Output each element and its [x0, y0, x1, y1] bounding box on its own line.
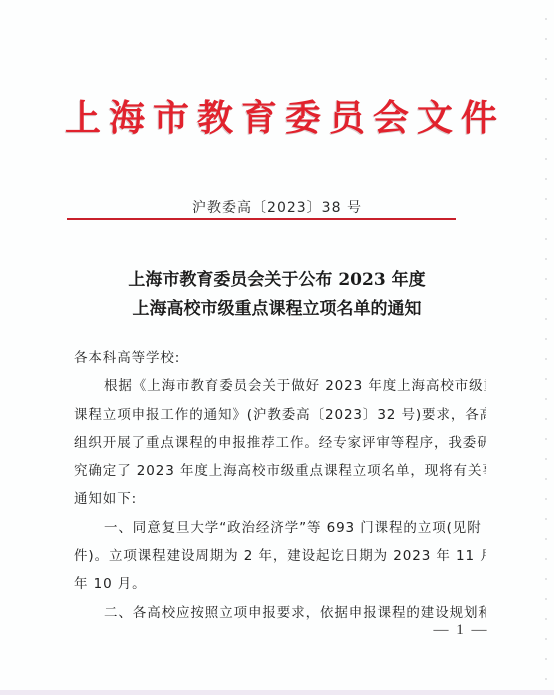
notice-title-line-1: 上海市教育委员会关于公布 2023 年度: [0, 266, 554, 295]
red-divider-rule: [67, 218, 456, 220]
notice-title-line-2: 上海高校市级重点课程立项名单的通知: [0, 295, 554, 324]
notice-body: 各本科高等学校: 根据《上海市教育委员会关于做好 2023 年度上海高校市级重点…: [74, 344, 486, 627]
body-line: 通知如下:: [74, 485, 486, 513]
notice-title: 上海市教育委员会关于公布 2023 年度 上海高校市级重点课程立项名单的通知: [0, 266, 554, 324]
body-line-item-2: 二、各高校应按照立项申报要求，依据申报课程的建设规划和: [74, 599, 486, 627]
body-line-item-1: 一、同意复旦大学“政治经济学”等 693 门课程的立项(见附: [74, 514, 486, 542]
document-number: 沪教委高〔2023〕38 号: [0, 199, 554, 217]
scan-edge-marks: [545, 0, 547, 695]
body-line: 件)。立项课程建设周期为 2 年，建设起讫日期为 2023 年 11 月到 20…: [74, 542, 486, 570]
page-bottom-edge: [0, 690, 554, 695]
masthead-title: 上海市教育委员会文件: [0, 98, 554, 138]
salutation: 各本科高等学校:: [74, 344, 486, 372]
page-number: — 1 —: [426, 622, 496, 639]
body-line: 根据《上海市教育委员会关于做好 2023 年度上海高校市级重点: [74, 372, 486, 400]
body-line: 组织开展了重点课程的申报推荐工作。经专家评审等程序，我委研: [74, 429, 486, 457]
body-line: 年 10 月。: [74, 570, 486, 598]
document-page: 上海市教育委员会文件 沪教委高〔2023〕38 号 上海市教育委员会关于公布 2…: [0, 0, 554, 695]
body-line: 究确定了 2023 年度上海高校市级重点课程立项名单，现将有关事项: [74, 457, 486, 485]
body-line: 课程立项申报工作的通知》(沪教委高〔2023〕32 号)要求，各高校: [74, 401, 486, 429]
